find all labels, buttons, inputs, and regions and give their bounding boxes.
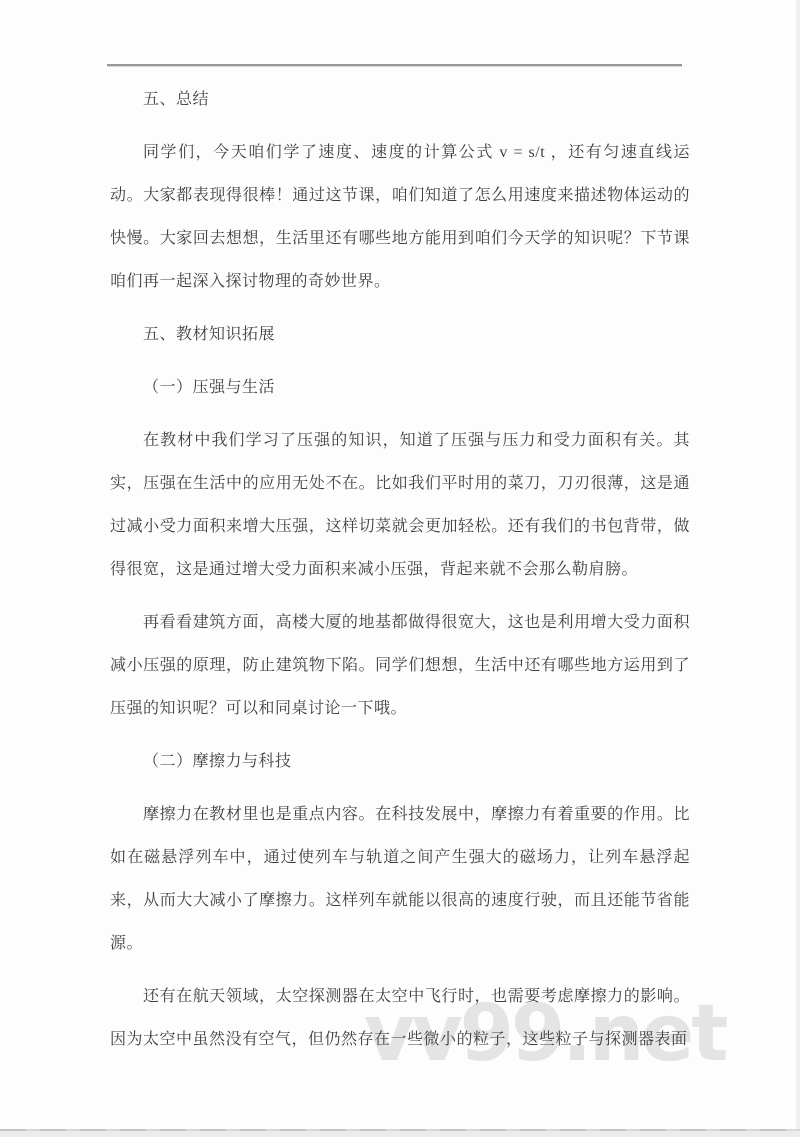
page-right-edge <box>796 0 800 1137</box>
page-bottom-edge <box>0 1129 800 1137</box>
document-blocks: 五、总结同学们，今天咱们学了速度、速度的计算公式 v = s/t ，还有匀速直线… <box>110 78 690 1071</box>
body-paragraph: 还有在航天领域，太空探测器在太空中飞行时，也需要考虑摩擦力的影响。因为太空中虽然… <box>110 975 690 1061</box>
body-paragraph: 同学们，今天咱们学了速度、速度的计算公式 v = s/t ，还有匀速直线运动。大… <box>110 131 690 303</box>
document-page: 五、总结同学们，今天咱们学了速度、速度的计算公式 v = s/t ，还有匀速直线… <box>0 0 800 1137</box>
section-heading: （二）摩擦力与科技 <box>110 740 690 783</box>
section-heading: （一）压强与生活 <box>110 366 690 409</box>
body-paragraph: 摩擦力在教材里也是重点内容。在科技发展中，摩擦力有着重要的作用。比如在磁悬浮列车… <box>110 793 690 965</box>
section-heading: 五、教材知识拓展 <box>110 313 690 356</box>
body-paragraph: 在教材中我们学习了压强的知识，知道了压强与压力和受力面积有关。其实，压强在生活中… <box>110 419 690 591</box>
section-heading: 五、总结 <box>110 78 690 121</box>
body-paragraph: 再看看建筑方面，高楼大厦的地基都做得很宽大，这也是利用增大受力面积减小压强的原理… <box>110 601 690 730</box>
header-rule <box>107 64 682 66</box>
